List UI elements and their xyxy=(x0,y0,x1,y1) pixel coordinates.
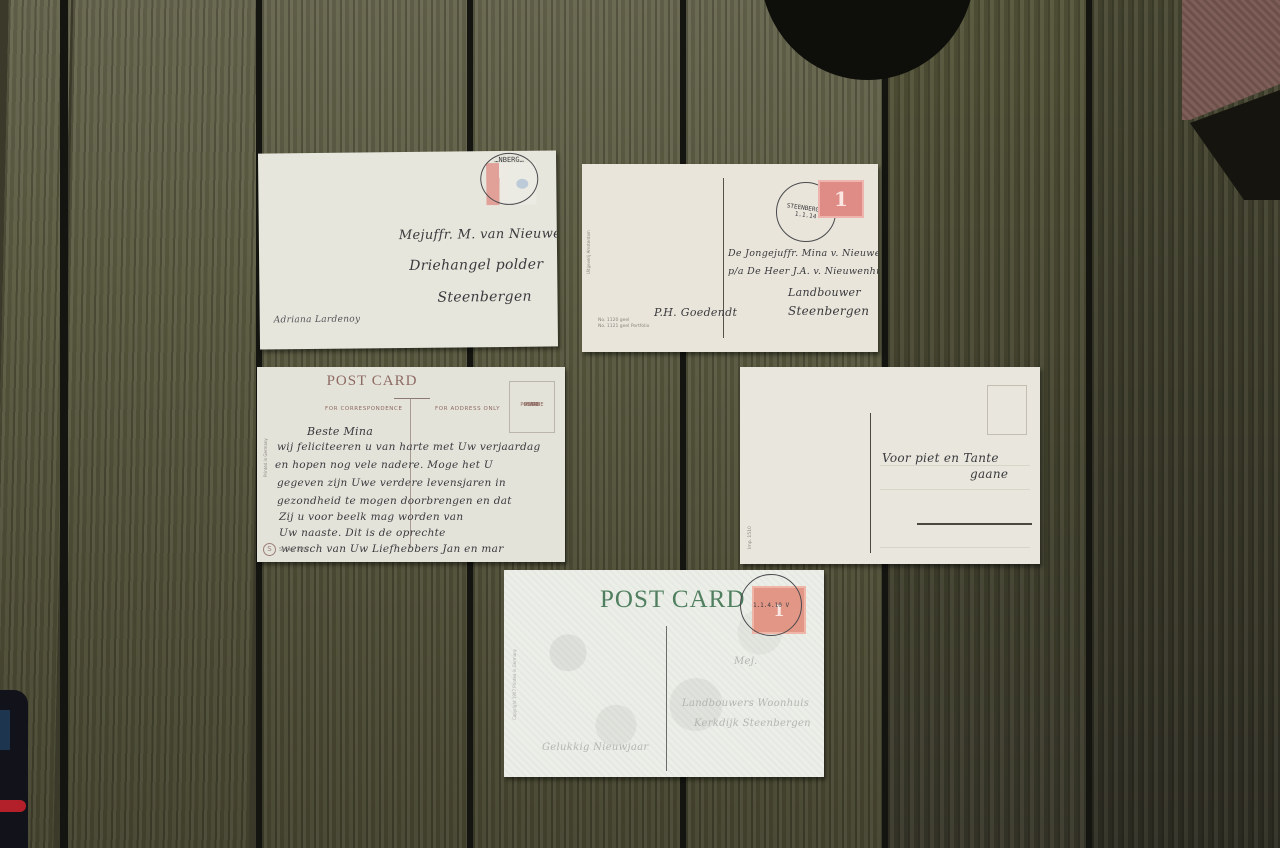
address-line: Driehangel polder xyxy=(409,257,543,274)
catalog-line: No. 1121 geel Portfolio xyxy=(598,324,649,329)
stamp-value: 1 xyxy=(834,187,848,211)
address-line: p/a De Heer J.A. v. Nieuwenhuijze xyxy=(728,266,878,277)
address-line: De Jongejuffr. Mina v. Nieuwenhuijzen xyxy=(728,248,878,259)
message-line: wensch van Uw Liefhebbers Jan en mar xyxy=(281,543,504,555)
postmark: 1.1.4.10 V xyxy=(740,574,802,636)
postcard-title: POST CARD xyxy=(257,373,487,390)
sender-line: Gelukkig Nieuwjaar xyxy=(542,742,649,753)
card-divider xyxy=(410,398,411,548)
address-line: Landbouwer xyxy=(788,286,861,299)
stamp-box: PLACE POSTAGE STAMP HERE xyxy=(509,381,555,433)
stamp: 1 xyxy=(818,180,864,218)
address-guide-line xyxy=(880,465,1030,466)
postcard-title: POST CARD xyxy=(600,586,745,614)
series-number: Series 1101 xyxy=(279,547,309,553)
publisher-print: Uitgeverij Amsterdam xyxy=(586,230,591,274)
address-line: Steenbergen xyxy=(788,304,869,318)
side-print: Printed in Germany xyxy=(263,438,268,477)
edge-object-red-part xyxy=(0,800,26,812)
postcard-bottom: POST CARD 1 1.1.4.10 V Copyright 1907 Pr… xyxy=(504,570,824,777)
address-guide-line xyxy=(880,489,1030,490)
postmark-text: 1.1.4.10 V xyxy=(753,602,789,609)
address-line: Steenbergen xyxy=(437,289,531,306)
plank-gap xyxy=(60,0,68,848)
side-print: Copyright 1907 Printed in Germany xyxy=(512,649,517,720)
message-line: gezondheid te mogen doorbrengen en dat xyxy=(277,495,512,507)
address-line: Kerkdijk Steenbergen xyxy=(694,718,811,729)
message-line: Zij u voor beelk mag worden van xyxy=(279,511,463,523)
label-address: FOR ADDRESS ONLY xyxy=(435,406,500,412)
side-print: Imp. 1510 xyxy=(748,526,753,549)
postcard-top-right: Uitgeverij Amsterdam STEENBERGEN 1.1.14 … xyxy=(582,164,878,352)
stamp-box xyxy=(987,385,1027,435)
postcard-top-left: …NBERG… Mejuffr. M. van Nieuwenhuizen Dr… xyxy=(258,150,558,349)
message-line: Beste Mina xyxy=(307,425,373,438)
catalog-line: No. 1120 geel xyxy=(598,318,629,323)
message-line: en hopen nog vele nadere. Moge het U xyxy=(275,459,493,471)
label-correspondence: FOR CORRESPONDENCE xyxy=(325,406,403,412)
message-line: gegeven zijn Uwe verdere levensjaren in xyxy=(277,477,506,489)
card-divider xyxy=(870,413,871,553)
message-line: Voor piet en Tante xyxy=(882,451,999,465)
address-line: Mej. xyxy=(734,656,758,667)
address-line: Landbouwers Woonhuis xyxy=(682,698,809,709)
message-line: Uw naaste. Dit is de oprechte xyxy=(279,527,446,539)
sender-name: Adriana Lardenoy xyxy=(274,315,361,326)
card-divider xyxy=(666,626,667,771)
publisher-logo-icon: S xyxy=(263,543,276,556)
message-line: gaane xyxy=(970,467,1008,481)
address-line-rule xyxy=(917,523,1032,525)
stamp-box-text: PLACE POSTAGE STAMP HERE xyxy=(510,392,554,410)
stamp-box-line: HERE xyxy=(510,402,554,408)
plank-gap xyxy=(1086,0,1092,848)
signature: P.H. Goedendt xyxy=(654,306,737,319)
divider-top xyxy=(394,398,430,399)
wood-plank xyxy=(59,0,264,848)
edge-object xyxy=(0,690,28,848)
message-line: wij feliciteeren u van harte met Uw verj… xyxy=(277,441,541,453)
address-line: Mejuffr. M. van Nieuwenhuizen xyxy=(399,226,558,243)
postcard-middle-right: Voor piet en Tante gaane Imp. 1510 xyxy=(740,367,1040,564)
postmark-text: …NBERG… xyxy=(494,156,524,164)
address-guide-line xyxy=(880,547,1030,548)
edge-object-blue-part xyxy=(0,710,10,750)
postcard-middle-left: POST CARD FOR CORRESPONDENCE FOR ADDRESS… xyxy=(257,367,565,562)
